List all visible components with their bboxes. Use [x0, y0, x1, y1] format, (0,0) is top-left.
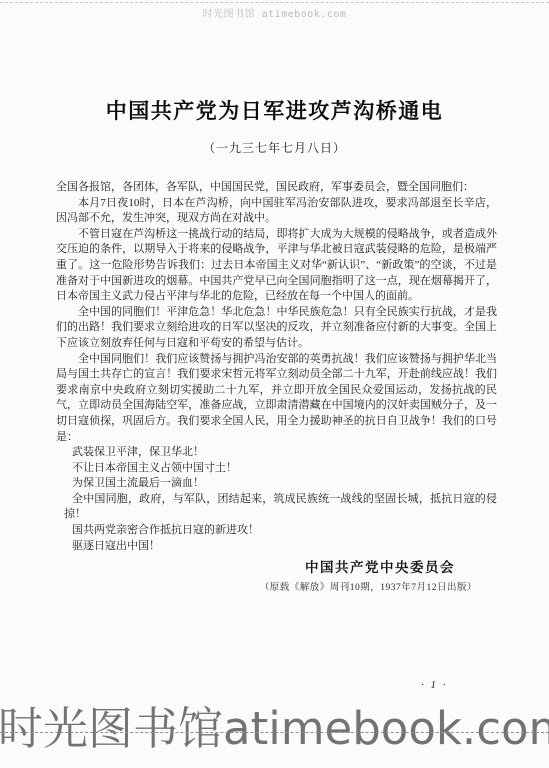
page-bottom-divider	[0, 732, 549, 733]
footer-watermark: 时光图书馆atimebook.com	[0, 702, 549, 756]
page-number: · 1 ·	[421, 679, 448, 691]
scanned-document-page: 时光图书馆 atimebook.com 中国共产党为日军进攻芦沟桥通电 （一九三…	[0, 0, 549, 768]
slogan-item: 全中国同胞，政府，与军队，团结起来，筑成民族统一战线的坚固长城，抵抗日寇的侵掠！	[56, 492, 497, 523]
telegram-paragraph-4: 全中国同胞们！我们应该赞扬与拥护冯治安部的英勇抗战！我们应该赞扬与拥护华北当局与…	[56, 352, 497, 446]
telegram-paragraph-3: 全中国的同胞们！平津危急！华北危急！中华民族危急！只有全民族实行抗战，才是我们的…	[56, 305, 497, 352]
telegram-paragraph-1: 本月7日夜10时，日本在芦沟桥，向中国驻军冯治安部队进攻，要求冯部退至长辛店，因…	[56, 196, 497, 227]
signature-line: 中国共产党中央委员会	[56, 560, 497, 576]
slogan-item: 驱逐日寇出中国！	[56, 539, 497, 555]
slogan-item: 为保卫国土流最后一滴血！	[56, 476, 497, 492]
source-note: （原载《解放》周刊10期，1937年7月12日出版）	[56, 581, 497, 597]
slogan-item: 不让日本帝国主义占领中国寸土！	[56, 461, 497, 477]
header-watermark: 时光图书馆 atimebook.com	[0, 5, 549, 20]
page-top-divider	[0, 2, 549, 3]
slogan-item: 武装保卫平津，保卫华北！	[56, 445, 497, 461]
slogan-item: 国共两党亲密合作抵抗日寇的新进攻！	[56, 523, 497, 539]
document-date: （一九三七年七月八日）	[0, 139, 549, 156]
slogan-list: 武装保卫平津，保卫华北！ 不让日本帝国主义占领中国寸土！ 为保卫国土流最后一滴血…	[56, 445, 497, 554]
salutation-line: 全国各报馆，各团体，各军队，中国国民党，国民政府，军事委员会，暨全国同胞们：	[56, 180, 497, 196]
telegram-paragraph-2: 不管日寇在芦沟桥这一挑战行动的结局，即将扩大成为大规模的侵略战争，或者造成外交压…	[56, 227, 497, 305]
document-title: 中国共产党为日军进攻芦沟桥通电	[0, 95, 549, 125]
document-body: 全国各报馆，各团体，各军队，中国国民党，国民政府，军事委员会，暨全国同胞们： 本…	[56, 180, 497, 596]
